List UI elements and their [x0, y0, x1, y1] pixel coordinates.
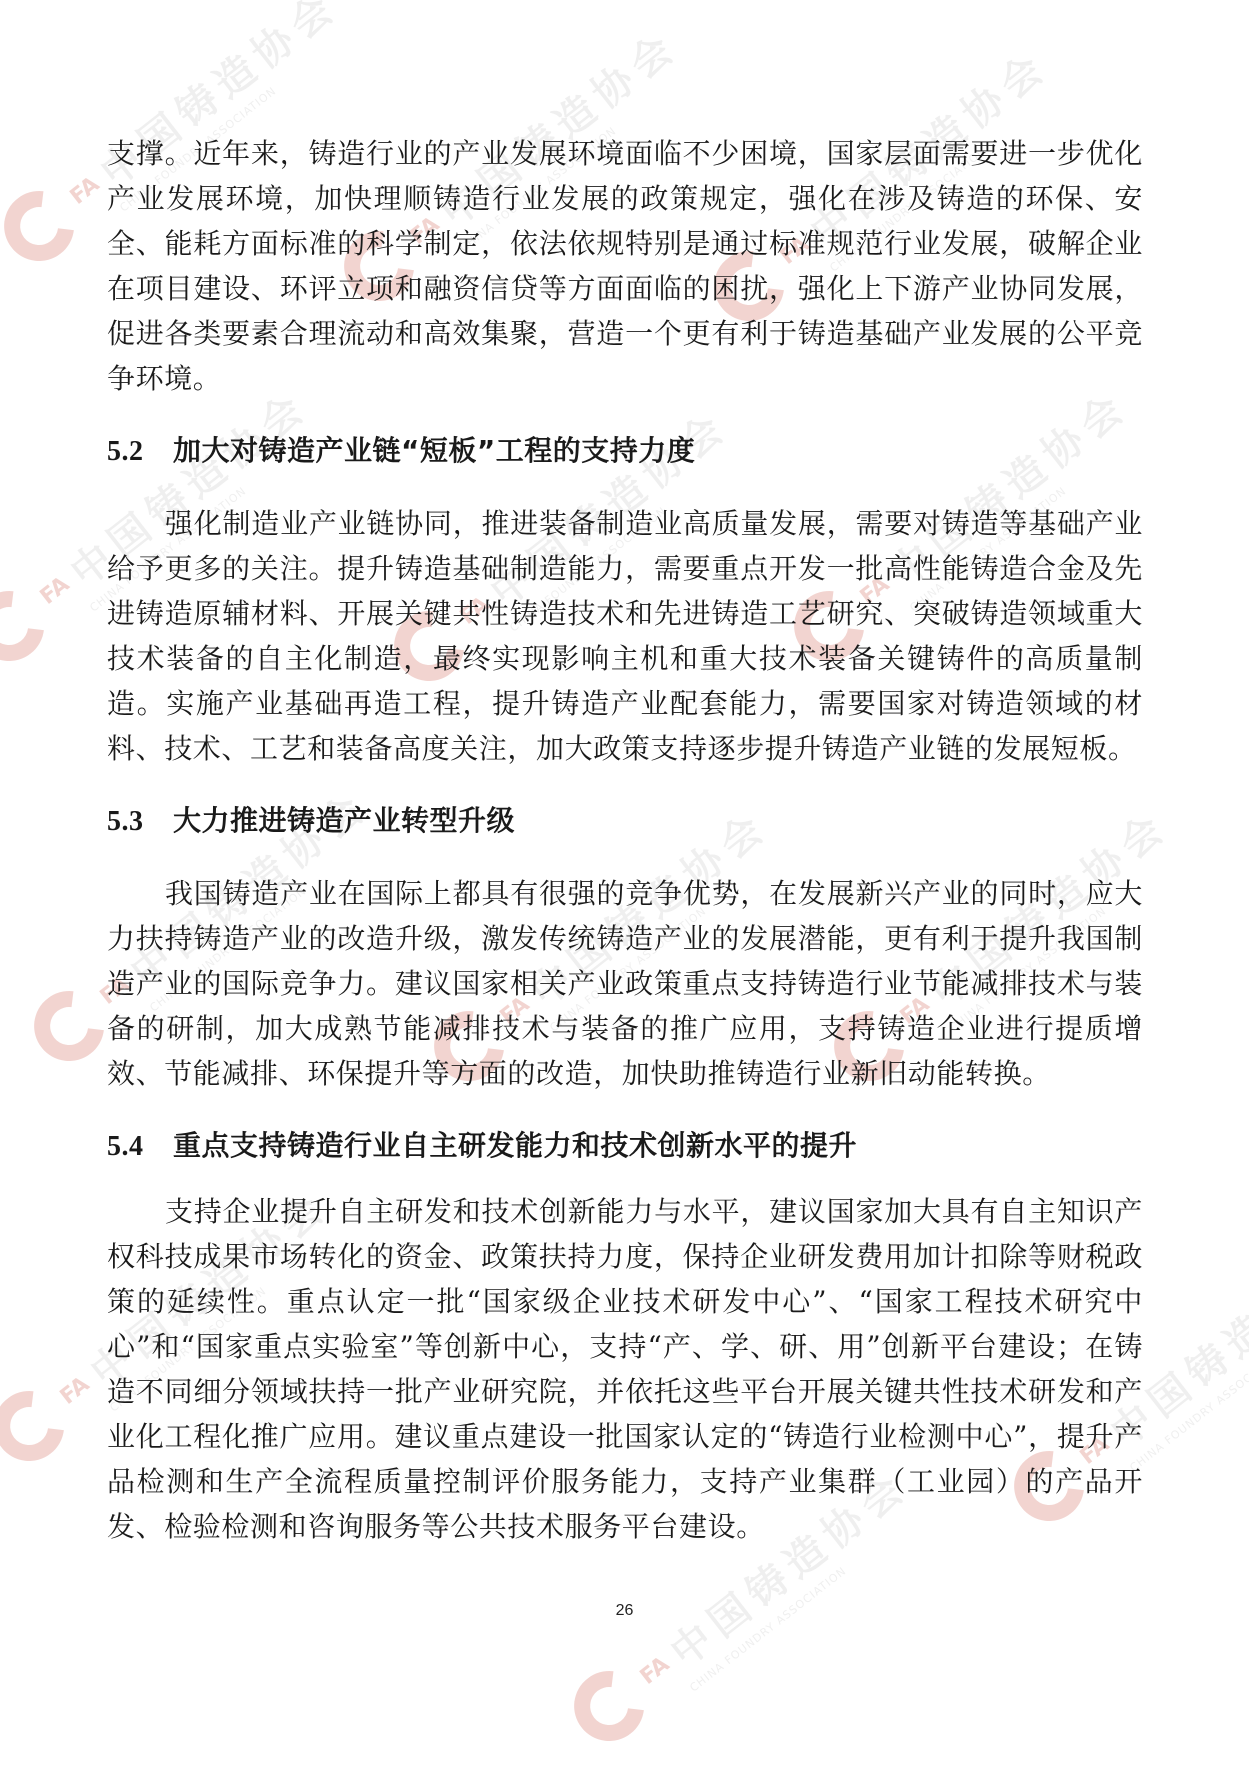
section-number: 5.3 [107, 799, 173, 844]
spacer [107, 771, 1143, 798]
cfa-logo-icon [0, 177, 88, 275]
section-number: 5.2 [107, 429, 173, 474]
section-heading-5-4: 5.4重点支持铸造行业自主研发能力和技术创新水平的提升 [107, 1123, 1143, 1169]
paragraph-5-2: 强化制造业产业链协同，推进装备制造业高质量发展，需要对铸造等基础产业给予更多的关… [107, 501, 1143, 771]
page-number: 26 [0, 1602, 1249, 1620]
cfa-logo-icon [560, 1657, 658, 1755]
section-title: 大力推进铸造产业转型升级 [173, 804, 515, 837]
paragraph-continuation: 支撑。近年来，铸造行业的产业发展环境面临不少困境，国家层面需要进一步优化产业发展… [107, 131, 1143, 401]
section-title: 重点支持铸造行业自主研发能力和技术创新水平的提升 [173, 1129, 857, 1162]
spacer [107, 474, 1143, 501]
paragraph-5-3: 我国铸造产业在国际上都具有很强的竞争优势，在发展新兴产业的同时，应大力扶持铸造产… [107, 871, 1143, 1096]
cfa-logo-icon [0, 1377, 78, 1475]
section-number: 5.4 [107, 1124, 173, 1169]
spacer [107, 1096, 1143, 1123]
section-heading-5-2: 5.2加大对铸造产业链“短板”工程的支持力度 [107, 428, 1143, 474]
paragraph-5-4: 支持企业提升自主研发和技术创新能力与水平，建议国家加大具有自主知识产权科技成果市… [107, 1189, 1143, 1549]
spacer [107, 844, 1143, 871]
spacer [107, 401, 1143, 428]
document-page: 支撑。近年来，铸造行业的产业发展环境面临不少困境，国家层面需要进一步优化产业发展… [107, 131, 1143, 1549]
spacer [107, 1169, 1143, 1189]
section-title: 加大对铸造产业链“短板”工程的支持力度 [173, 434, 695, 467]
cfa-logo-icon [0, 577, 58, 675]
cfa-logo-icon [20, 977, 118, 1075]
section-heading-5-3: 5.3大力推进铸造产业转型升级 [107, 798, 1143, 844]
